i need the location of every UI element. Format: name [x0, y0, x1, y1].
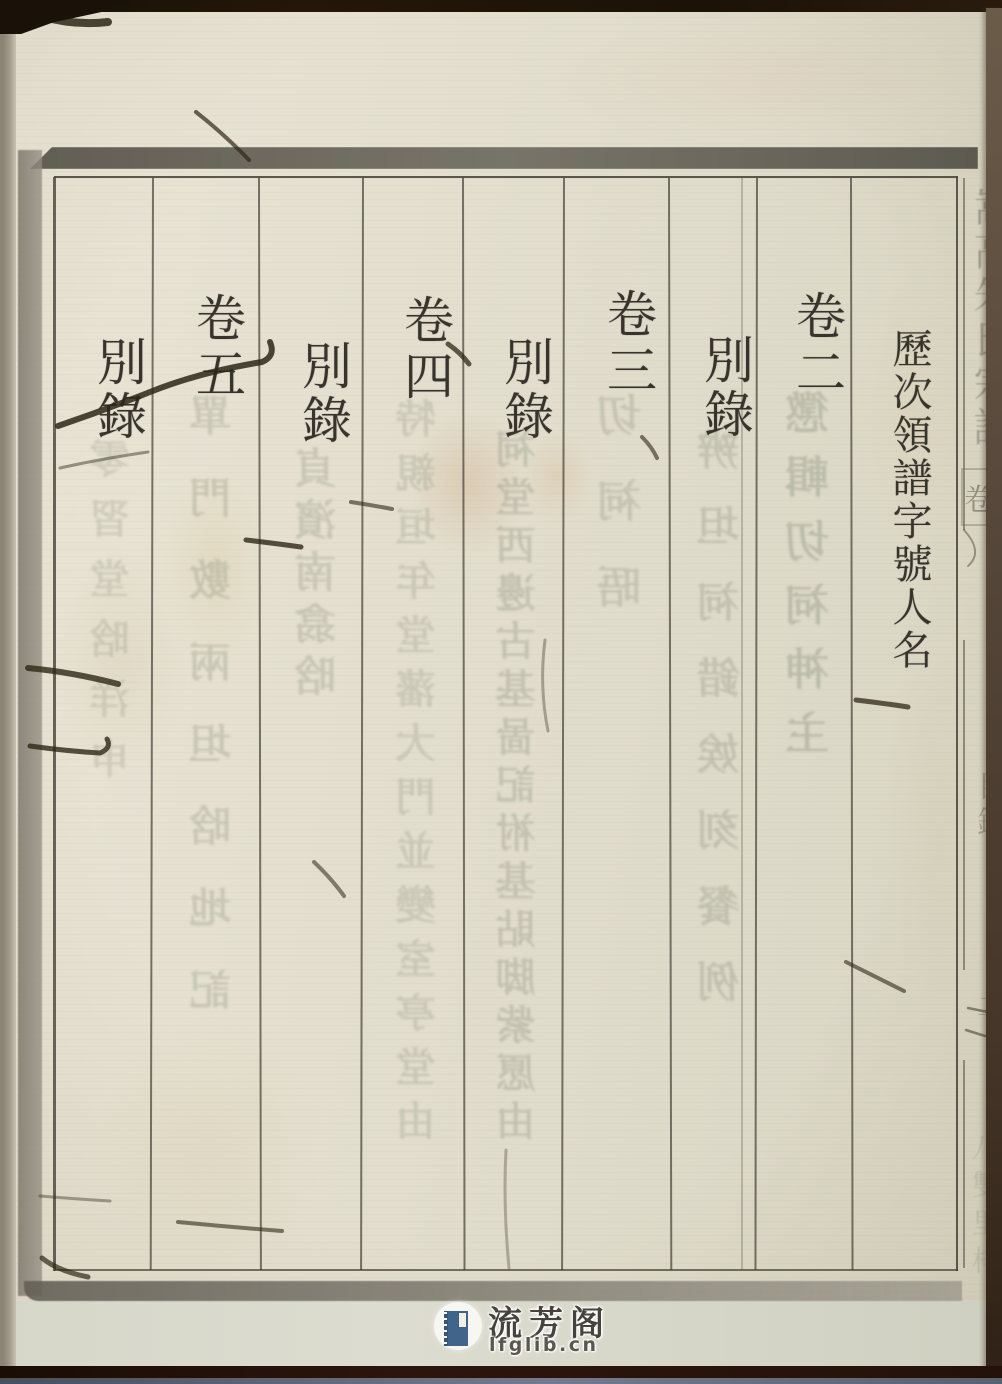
watermark-site-domain: lfglib.cn	[489, 1334, 599, 1356]
scanned-page: 懲輯切祠神主 辨坦祠錯娭刻餐例 切祠晤 祠堂西邊古基啚記祔基貼脚紫愿由 特親垣年…	[0, 0, 1002, 1384]
book-label	[459, 1313, 466, 1327]
crease-marks	[0, 0, 1002, 1384]
stitched-book-icon	[444, 1311, 468, 1346]
page-edge-right	[986, 8, 1002, 1374]
book-spine-edge	[0, 10, 16, 1368]
scan-edge-bottom-sliver	[0, 1378, 1002, 1384]
scan-edge-top	[0, 0, 1002, 12]
site-watermark: 流芳阁 lfglib.cn	[432, 1298, 672, 1360]
